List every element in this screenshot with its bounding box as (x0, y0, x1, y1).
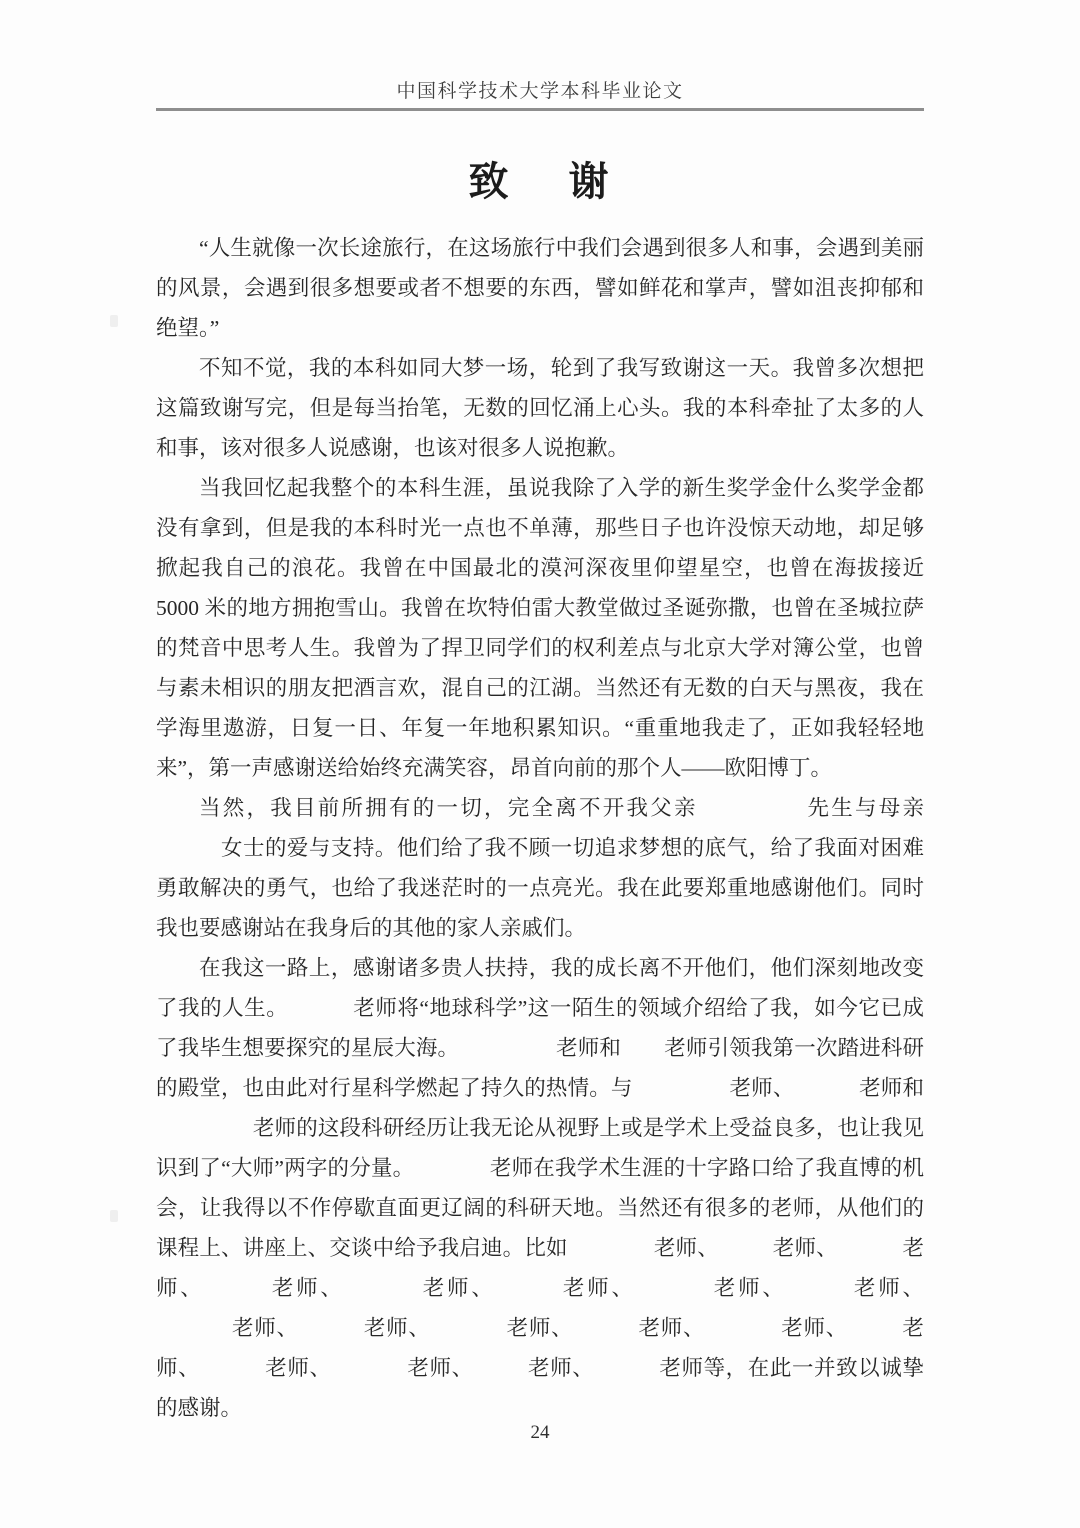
paragraph: 在我这一路上，感谢诸多贵人扶持，我的成长离不开他们，他们深刻地改变了我的人生。老… (156, 948, 924, 1428)
redacted-name-gap (633, 1094, 730, 1095)
text-run: 老师、 (420, 1276, 496, 1300)
redacted-name-gap (719, 1254, 773, 1255)
text-run: 当我回忆起我整个的本科生涯，虽说我除了入学的新生奖学金什么奖学金都没有拿到，但是… (156, 476, 924, 780)
text-run: 老师、 (527, 1356, 594, 1380)
redacted-name-gap (848, 1334, 902, 1335)
redacted-name-gap (705, 1334, 780, 1335)
redacted-name-gap (794, 1094, 859, 1095)
redacted-name-gap (205, 1294, 270, 1295)
redacted-name-gap (636, 1294, 711, 1295)
text-run: 当然，我目前所拥有的一切，完全离不开我父亲 (199, 796, 698, 820)
redacted-name-gap (787, 1294, 852, 1295)
text-run: 老师、 (265, 1356, 332, 1380)
text-run: 老师、 (773, 1236, 838, 1260)
redacted-name-gap (156, 1134, 253, 1135)
scan-artifact (110, 315, 118, 327)
redacted-name-gap (332, 1374, 407, 1375)
redacted-name-gap (459, 1054, 556, 1055)
text-run: 老师、 (851, 1276, 924, 1300)
redacted-name-gap (568, 1254, 654, 1255)
text-run: 不知不觉，我的本科如同大梦一场，轮到了我写致谢这一天。我曾多次想把这篇致谢写完，… (156, 356, 924, 460)
text-run: 老师、 (269, 1276, 345, 1300)
body-paragraphs: “人生就像一次长途旅行，在这场旅行中我们会遇到很多人和事，会遇到美丽的风景，会遇… (156, 228, 924, 1428)
text-run: 老师、 (729, 1076, 794, 1100)
paragraph: 当然，我目前所拥有的一切，完全离不开我父亲先生与母亲女士的爱与支持。他们给了我不… (156, 788, 924, 948)
text-run: 老师、 (231, 1316, 298, 1340)
redacted-name-gap (594, 1374, 659, 1375)
redacted-name-gap (288, 1014, 353, 1015)
text-run: 老师、 (711, 1276, 787, 1300)
redacted-name-gap (573, 1334, 638, 1335)
paragraph: 不知不觉，我的本科如同大梦一场，轮到了我写致谢这一天。我曾多次想把这篇致谢写完，… (156, 348, 924, 468)
redacted-name-gap (345, 1294, 420, 1295)
redacted-name-gap (496, 1294, 561, 1295)
text-run: 先生与母亲 (805, 796, 924, 820)
text-run: 老师、 (363, 1316, 430, 1340)
text-run: 老师和 (859, 1076, 924, 1100)
paragraph: 当我回忆起我整个的本科生涯，虽说我除了入学的新生奖学金什么奖学金都没有拿到，但是… (156, 468, 924, 788)
redacted-name-gap (621, 1054, 664, 1055)
page-title: 致 谢 (0, 150, 1080, 207)
text-run: “人生就像一次长途旅行，在这场旅行中我们会遇到很多人和事，会遇到美丽的风景，会遇… (156, 236, 924, 340)
text-run: 老师、 (781, 1316, 848, 1340)
redacted-name-gap (200, 1374, 265, 1375)
text-run: 老师、 (560, 1276, 636, 1300)
text-run: 老师、 (638, 1316, 705, 1340)
redacted-name-gap (474, 1374, 528, 1375)
text-run: 女士的爱与支持。他们给了我不顾一切追求梦想的底气，给了我面对困难勇敢解决的勇气，… (156, 836, 924, 940)
redacted-name-gap (838, 1254, 903, 1255)
redacted-name-gap (414, 1174, 489, 1175)
redacted-name-gap (156, 854, 221, 855)
text-run: 老师和 (556, 1036, 621, 1060)
redacted-name-gap (156, 1334, 231, 1335)
redacted-name-gap (698, 814, 806, 815)
thesis-page: 中国科学技术大学本科毕业论文 致 谢 “人生就像一次长途旅行，在这场旅行中我们会… (0, 0, 1080, 1528)
scan-artifact (110, 1210, 118, 1222)
paragraph: “人生就像一次长途旅行，在这场旅行中我们会遇到很多人和事，会遇到美丽的风景，会遇… (156, 228, 924, 348)
redacted-name-gap (431, 1334, 506, 1335)
redacted-name-gap (299, 1334, 364, 1335)
text-run: 老师、 (654, 1236, 719, 1260)
text-run: 老师、 (407, 1356, 474, 1380)
header-rule (156, 108, 924, 111)
text-run: 老师、 (506, 1316, 573, 1340)
running-header: 中国科学技术大学本科毕业论文 (156, 76, 924, 103)
page-number: 24 (0, 1422, 1080, 1444)
